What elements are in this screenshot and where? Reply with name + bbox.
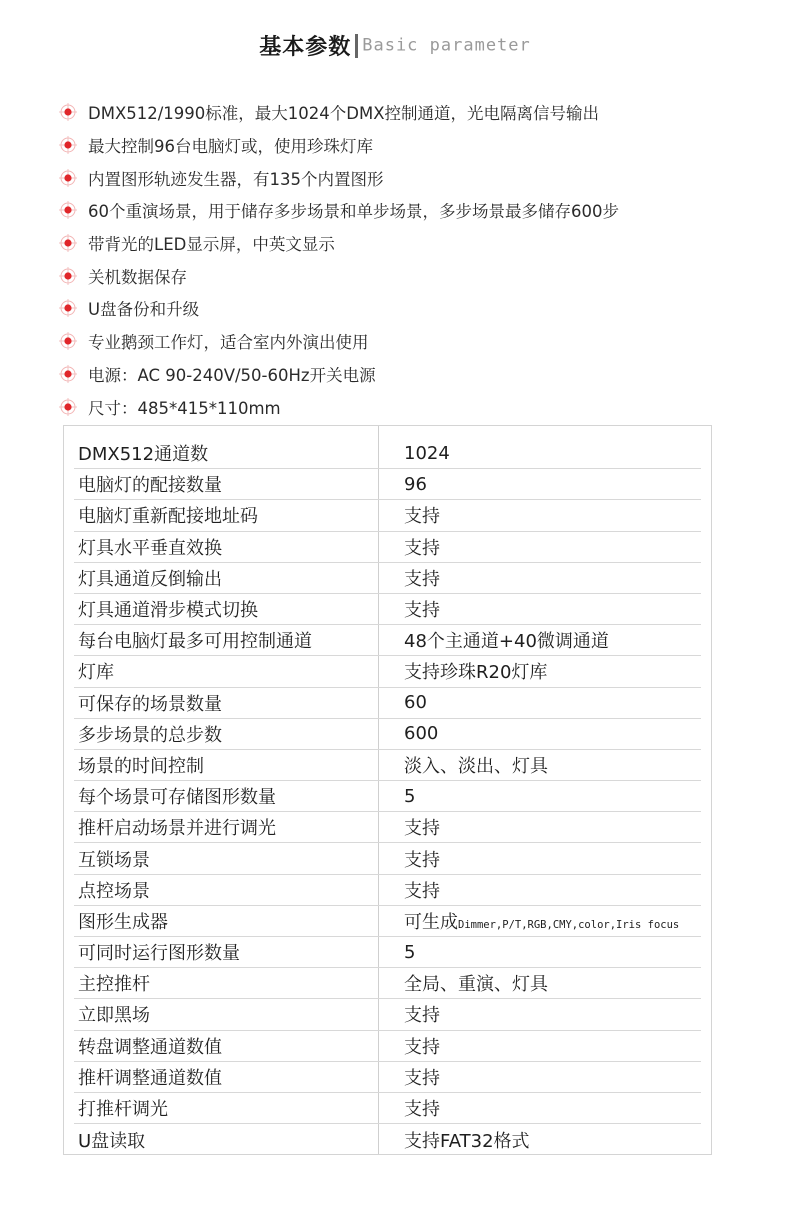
table-row: 多步场景的总步数600 bbox=[74, 719, 701, 750]
spec-value-text: 5 bbox=[404, 942, 415, 963]
spec-value-text: 60 bbox=[404, 692, 427, 713]
feature-item: 最大控制96台电脑灯或，使用珍珠灯库 bbox=[58, 129, 619, 162]
spec-value-text: 淡入、淡出、灯具 bbox=[404, 756, 548, 777]
title-chinese: 基本参数 bbox=[259, 35, 351, 60]
table-row: U盘读取支持FAT32格式 bbox=[74, 1124, 701, 1155]
table-row: 推杆启动场景并进行调光支持 bbox=[74, 812, 701, 843]
table-row: 可同时运行图形数量5 bbox=[74, 937, 701, 968]
crosshair-dot-icon bbox=[58, 397, 78, 417]
table-row: 互锁场景支持 bbox=[74, 843, 701, 874]
crosshair-dot-icon bbox=[58, 331, 78, 351]
spec-value-text: 支持 bbox=[404, 1099, 440, 1120]
spec-value: 48个主通道+40微调通道 bbox=[382, 627, 701, 653]
spec-value: 淡入、淡出、灯具 bbox=[382, 752, 701, 778]
feature-text: 最大控制96台电脑灯或，使用珍珠灯库 bbox=[88, 133, 373, 157]
feature-item: 关机数据保存 bbox=[58, 259, 619, 292]
spec-value-text: 支持 bbox=[404, 818, 440, 839]
feature-item: 带背光的LED显示屏，中英文显示 bbox=[58, 227, 619, 260]
spec-value-text: 支持珍珠R20灯库 bbox=[404, 662, 547, 683]
feature-text: 带背光的LED显示屏，中英文显示 bbox=[88, 231, 335, 255]
spec-key: 点控场景 bbox=[74, 877, 382, 903]
feature-text: 电源：AC 90-240V/50-60Hz开关电源 bbox=[88, 362, 376, 386]
spec-value: 支持 bbox=[382, 1001, 701, 1027]
spec-value-text: 支持 bbox=[404, 1037, 440, 1058]
spec-value: 支持 bbox=[382, 534, 701, 560]
spec-value: 支持 bbox=[382, 877, 701, 903]
spec-value: 96 bbox=[382, 474, 701, 495]
crosshair-dot-icon bbox=[58, 266, 78, 286]
spec-value: 5 bbox=[382, 942, 701, 963]
spec-value: 支持珍珠R20灯库 bbox=[382, 658, 701, 684]
spec-value-text: 96 bbox=[404, 474, 427, 495]
spec-key: 灯具水平垂直效换 bbox=[74, 534, 382, 560]
spec-value: 支持 bbox=[382, 1033, 701, 1059]
crosshair-dot-icon bbox=[58, 168, 78, 188]
spec-key: 灯具通道反倒输出 bbox=[74, 565, 382, 591]
table-row: 每台电脑灯最多可用控制通道48个主通道+40微调通道 bbox=[74, 625, 701, 656]
table-row: 可保存的场景数量60 bbox=[74, 688, 701, 719]
crosshair-dot-icon bbox=[58, 364, 78, 384]
spec-key: 灯库 bbox=[74, 658, 382, 684]
spec-key: 推杆调整通道数值 bbox=[74, 1064, 382, 1090]
spec-key: 转盘调整通道数值 bbox=[74, 1033, 382, 1059]
spec-value: 可生成Dimmer,P/T,RGB,CMY,color,Iris focus bbox=[382, 908, 701, 934]
spec-value-text: 可生成 bbox=[404, 912, 458, 933]
spec-key: 互锁场景 bbox=[74, 846, 382, 872]
spec-value-text: 支持 bbox=[404, 881, 440, 902]
spec-rows: DMX512通道数1024电脑灯的配接数量96电脑灯重新配接地址码支持灯具水平垂… bbox=[74, 438, 701, 1155]
spec-key: 立即黑场 bbox=[74, 1001, 382, 1027]
table-row: 电脑灯重新配接地址码支持 bbox=[74, 500, 701, 531]
spec-key: 电脑灯的配接数量 bbox=[74, 471, 382, 497]
spec-key: 每台电脑灯最多可用控制通道 bbox=[74, 627, 382, 653]
feature-item: 电源：AC 90-240V/50-60Hz开关电源 bbox=[58, 358, 619, 391]
spec-key: 打推杆调光 bbox=[74, 1095, 382, 1121]
table-row: 灯具通道反倒输出支持 bbox=[74, 563, 701, 594]
spec-value: 支持 bbox=[382, 1064, 701, 1090]
spec-key: 场景的时间控制 bbox=[74, 752, 382, 778]
feature-item: 内置图形轨迹发生器，有135个内置图形 bbox=[58, 161, 619, 194]
title-divider bbox=[355, 34, 358, 58]
spec-key: 灯具通道滑步模式切换 bbox=[74, 596, 382, 622]
spec-value-text: 48个主通道+40微调通道 bbox=[404, 631, 609, 652]
spec-value-text: 600 bbox=[404, 723, 438, 744]
spec-value-text: 支持FAT32格式 bbox=[404, 1131, 530, 1152]
spec-key: 每个场景可存储图形数量 bbox=[74, 783, 382, 809]
feature-item: 60个重演场景，用于储存多步场景和单步场景，多步场景最多储存600步 bbox=[58, 194, 619, 227]
feature-item: DMX512/1990标准，最大1024个DMX控制通道，光电隔离信号输出 bbox=[58, 96, 619, 129]
spec-value-text: 支持 bbox=[404, 569, 440, 590]
feature-text: 内置图形轨迹发生器，有135个内置图形 bbox=[88, 166, 384, 190]
spec-key: 电脑灯重新配接地址码 bbox=[74, 502, 382, 528]
spec-value-text: 1024 bbox=[404, 443, 450, 464]
table-row: 点控场景支持 bbox=[74, 875, 701, 906]
feature-text: 关机数据保存 bbox=[88, 264, 187, 288]
spec-value: 支持FAT32格式 bbox=[382, 1127, 701, 1153]
spec-value-text: 支持 bbox=[404, 506, 440, 527]
table-row: 灯库支持珍珠R20灯库 bbox=[74, 656, 701, 687]
title-english: Basic parameter bbox=[362, 36, 531, 56]
feature-text: 60个重演场景，用于储存多步场景和单步场景，多步场景最多储存600步 bbox=[88, 198, 619, 222]
table-row: DMX512通道数1024 bbox=[74, 438, 701, 469]
feature-text: 尺寸：485*415*110mm bbox=[88, 395, 281, 419]
spec-value-text: 支持 bbox=[404, 538, 440, 559]
spec-key: 多步场景的总步数 bbox=[74, 721, 382, 747]
spec-key: 图形生成器 bbox=[74, 908, 382, 934]
feature-list: DMX512/1990标准，最大1024个DMX控制通道，光电隔离信号输出最大控… bbox=[58, 96, 619, 423]
table-row: 立即黑场支持 bbox=[74, 999, 701, 1030]
table-row: 主控推杆全局、重演、灯具 bbox=[74, 968, 701, 999]
spec-value: 支持 bbox=[382, 596, 701, 622]
spec-value-text: 全局、重演、灯具 bbox=[404, 974, 548, 995]
spec-value: 支持 bbox=[382, 814, 701, 840]
spec-value: 1024 bbox=[382, 443, 701, 464]
feature-text: DMX512/1990标准，最大1024个DMX控制通道，光电隔离信号输出 bbox=[88, 100, 599, 124]
spec-value: 支持 bbox=[382, 846, 701, 872]
table-row: 电脑灯的配接数量96 bbox=[74, 469, 701, 500]
spec-value-text: 支持 bbox=[404, 600, 440, 621]
crosshair-dot-icon bbox=[58, 298, 78, 318]
spec-table: DMX512通道数1024电脑灯的配接数量96电脑灯重新配接地址码支持灯具水平垂… bbox=[63, 425, 712, 1155]
feature-item: U盘备份和升级 bbox=[58, 292, 619, 325]
spec-key: 可保存的场景数量 bbox=[74, 690, 382, 716]
table-row: 推杆调整通道数值支持 bbox=[74, 1062, 701, 1093]
table-row: 转盘调整通道数值支持 bbox=[74, 1031, 701, 1062]
spec-key: U盘读取 bbox=[74, 1127, 382, 1153]
spec-value-text: 支持 bbox=[404, 1068, 440, 1089]
spec-key: 推杆启动场景并进行调光 bbox=[74, 814, 382, 840]
spec-value: 600 bbox=[382, 723, 701, 744]
spec-value-text: 5 bbox=[404, 786, 415, 807]
spec-value-text: 支持 bbox=[404, 850, 440, 871]
page-title: 基本参数Basic parameter bbox=[0, 30, 790, 61]
table-row: 每个场景可存储图形数量5 bbox=[74, 781, 701, 812]
spec-value: 支持 bbox=[382, 502, 701, 528]
spec-value-text: 支持 bbox=[404, 1005, 440, 1026]
spec-value: 5 bbox=[382, 786, 701, 807]
crosshair-dot-icon bbox=[58, 200, 78, 220]
feature-item: 尺寸：485*415*110mm bbox=[58, 390, 619, 423]
crosshair-dot-icon bbox=[58, 102, 78, 122]
spec-value: 支持 bbox=[382, 1095, 701, 1121]
spec-value: 支持 bbox=[382, 565, 701, 591]
crosshair-dot-icon bbox=[58, 233, 78, 253]
feature-item: 专业鹅颈工作灯，适合室内外演出使用 bbox=[58, 325, 619, 358]
spec-value: 60 bbox=[382, 692, 701, 713]
crosshair-dot-icon bbox=[58, 135, 78, 155]
spec-key: 主控推杆 bbox=[74, 970, 382, 996]
spec-key: 可同时运行图形数量 bbox=[74, 939, 382, 965]
table-row: 打推杆调光支持 bbox=[74, 1093, 701, 1124]
spec-key: DMX512通道数 bbox=[74, 440, 382, 466]
spec-value: 全局、重演、灯具 bbox=[382, 970, 701, 996]
feature-text: 专业鹅颈工作灯，适合室内外演出使用 bbox=[88, 329, 369, 353]
table-row: 灯具通道滑步模式切换支持 bbox=[74, 594, 701, 625]
table-row: 图形生成器可生成Dimmer,P/T,RGB,CMY,color,Iris fo… bbox=[74, 906, 701, 937]
feature-text: U盘备份和升级 bbox=[88, 296, 199, 320]
table-row: 场景的时间控制淡入、淡出、灯具 bbox=[74, 750, 701, 781]
spec-value-detail: Dimmer,P/T,RGB,CMY,color,Iris focus bbox=[458, 919, 679, 931]
table-row: 灯具水平垂直效换支持 bbox=[74, 532, 701, 563]
